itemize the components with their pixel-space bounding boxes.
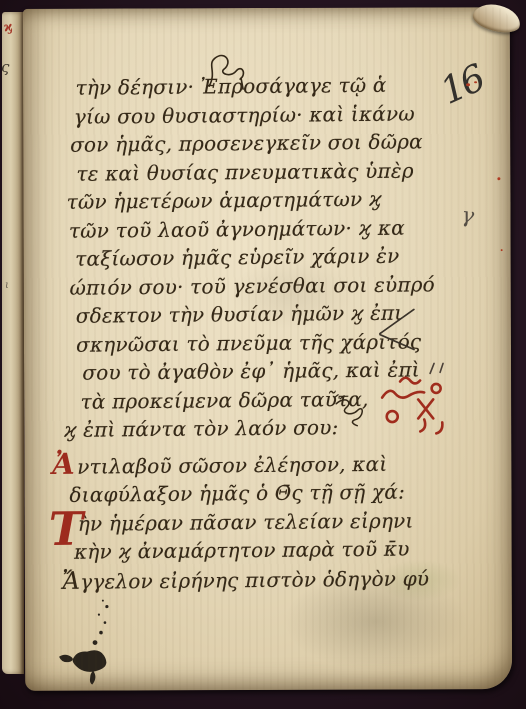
text-line: τὴν δέησιν· Ἐπροσάγαγε τῷ ἁ: [75, 70, 425, 102]
text-line: τῶν τοῦ λαοῦ ἀγνοημάτων· ϗ κα: [69, 213, 427, 245]
text-line: Ἀ ντιλαβοῦ σῶσον ἐλέησον, καὶ: [77, 449, 429, 481]
text-line: Τ ὴν ἡμέραν πᾶσαν τελείαν εἰρηνι: [78, 506, 430, 538]
red-speck: [474, 81, 477, 83]
red-speck: [501, 249, 503, 251]
flourish-end-icon: [332, 394, 368, 428]
text-line: ταξίωσον ἡμᾶς εὑρεῖν χάριν ἐν: [75, 241, 427, 273]
enlarged-initial-alpha: Ἄ: [62, 566, 80, 594]
text-line: σον ἡμᾶς, προσενεγκεῖν σοι δῶρα: [70, 127, 426, 159]
page-corner-curl: [470, 0, 523, 37]
red-speck: [497, 177, 500, 180]
red-rubric-icon: [378, 359, 450, 437]
text-line: τῶν ἡμετέρων ἁμαρτημάτων ϗ: [67, 184, 427, 216]
text-line: ώπιόν σου· τοῦ γενέσθαι σοι εὐπρό: [69, 270, 427, 302]
facing-page-black-mark: ς: [1, 58, 9, 76]
margin-glyph: γ: [460, 203, 475, 228]
facing-page-red-mark: ϗ: [3, 19, 14, 35]
text-line: διαφύλαξον ἡμᾶς ὁ Θ̄ς τῇ σῇ χά:: [69, 477, 429, 509]
red-speck: [466, 83, 470, 86]
folio-number: 16: [434, 57, 489, 113]
facing-page-tiny-mark: ι: [5, 280, 9, 291]
text-line: τε καὶ θυσίας πνευματικὰς ὑπὲρ: [76, 156, 426, 188]
text-line: γίω σου θυσιαστηρίω· καὶ ἱκάνω: [74, 99, 426, 131]
text-line: Ἄγγελον εἰρήνης πιστὸν ὁδηγὸν φύ: [62, 563, 430, 595]
text-line: τὰ προκείμενα δῶρα ταῦτα,: [80, 384, 428, 416]
text-line: ϗ ἐπὶ πάντα τὸν λαόν σου:: [64, 412, 429, 444]
manuscript-page: 16 τὴν δέησιν· Ἐπροσάγαγε τῷ ἁ γίω σου θ…: [23, 7, 512, 691]
text-line: κὴν ϗ ἀναμάρτητον παρὰ τοῦ κ̄υ: [74, 534, 430, 566]
chevron-nota-icon: [376, 303, 416, 355]
facing-page-edge: ϗ ς ι: [2, 12, 24, 674]
manuscript-photo: ϗ ς ι 16 τὴν δέησιν· Ἐπροσάγαγε τῷ ἁ γίω…: [0, 0, 526, 709]
ink-blot-icon: [55, 596, 127, 688]
rubricated-initial-alpha: Ἀ: [52, 449, 75, 478]
text-line: σου τὸ ἀγαθὸν ἐφ᾽ ἡμᾶς, καὶ ἐπὶ: [82, 355, 428, 387]
